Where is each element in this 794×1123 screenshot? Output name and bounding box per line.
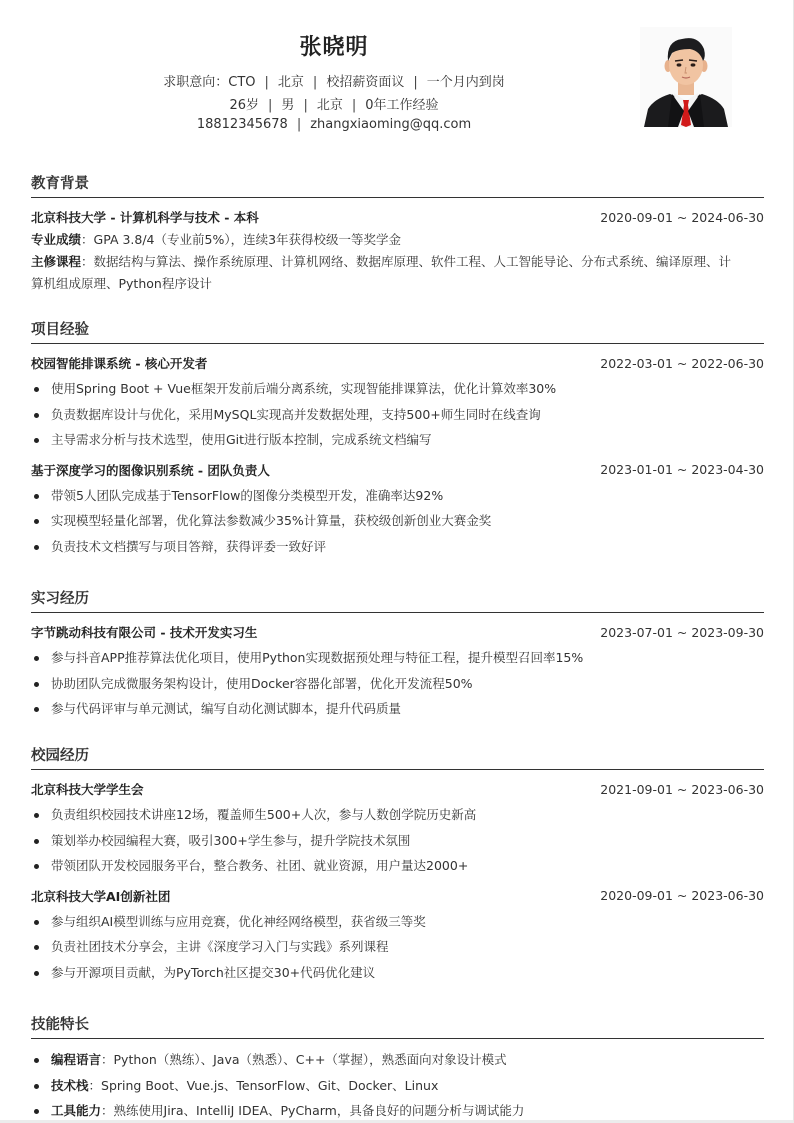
- separator: |: [265, 75, 269, 90]
- list-item: 负责数据库设计与优化，采用MySQL实现高并发数据处理，支持500+师生同时在线…: [31, 402, 764, 428]
- resume-page: 张晓明 求职意向：CTO|北京|校招薪资面议|一个月内到岗 26岁|男|北京|0…: [0, 0, 794, 1123]
- skill-value: ：熟练使用Jira、IntelliJ IDEA、PyCharm，具备良好的问题分…: [101, 1103, 524, 1118]
- bullet-list: 参与抖音APP推荐算法优化项目，使用Python实现数据预处理与特征工程，提升模…: [31, 645, 764, 722]
- bullet-list: 参与组织AI模型训练与应用竞赛，优化神经网络模型，获省级三等奖 负责社团技术分享…: [31, 909, 764, 986]
- list-item: 负责社团技术分享会，主讲《深度学习入门与实践》系列课程: [31, 934, 764, 960]
- resume-header: 张晓明 求职意向：CTO|北京|校招薪资面议|一个月内到岗 26岁|男|北京|0…: [0, 0, 794, 150]
- phone-number: 18812345678: [197, 117, 288, 132]
- list-item: 实现模型轻量化部署，优化算法参数减少35%计算量，获校级创新创业大赛金奖: [31, 508, 764, 534]
- courses-line-continued: 算机组成原理、Python程序设计: [31, 273, 764, 295]
- profile-photo: [640, 27, 732, 127]
- avatar-portrait-icon: [640, 27, 732, 127]
- list-item: 使用Spring Boot + Vue框架开发前后端分离系统，实现智能排课算法，…: [31, 376, 764, 402]
- bullet-list: 使用Spring Boot + Vue框架开发前后端分离系统，实现智能排课算法，…: [31, 376, 764, 453]
- skill-item: 技术栈：Spring Boot、Vue.js、TensorFlow、Git、Do…: [31, 1073, 764, 1099]
- list-item: 负责组织校园技术讲座12场，覆盖师生500+人次，参与人数创学院历史新高: [31, 802, 764, 828]
- intent-position: 求职意向：CTO: [163, 75, 255, 90]
- list-item: 参与组织AI模型训练与应用竞赛，优化神经网络模型，获省级三等奖: [31, 909, 764, 935]
- section-title: 项目经验: [31, 319, 764, 341]
- skill-item: 工具能力：熟练使用Jira、IntelliJ IDEA、PyCharm，具备良好…: [31, 1098, 764, 1123]
- entry-title: 基于深度学习的图像识别系统 - 团队负责人: [31, 461, 270, 479]
- list-item: 带领5人团队完成基于TensorFlow的图像分类模型开发，准确率达92%: [31, 483, 764, 509]
- gender: 男: [281, 98, 294, 113]
- entry-title: 校园智能排课系统 - 核心开发者: [31, 354, 207, 372]
- entry-date: 2023-07-01 ~ 2023-09-30: [600, 625, 764, 640]
- work-experience: 0年工作经验: [365, 98, 438, 113]
- entry-header: 北京科技大学 - 计算机科学与技术 - 本科 2020-09-01 ~ 2024…: [31, 207, 764, 227]
- entry-header: 北京科技大学学生会 2021-09-01 ~ 2023-06-30: [31, 779, 764, 799]
- section-internship: 实习经历 字节跳动科技有限公司 - 技术开发实习生 2023-07-01 ~ 2…: [31, 588, 764, 722]
- section-title: 实习经历: [31, 588, 764, 610]
- courses-line: 主修课程：数据结构与算法、操作系统原理、计算机网络、数据库原理、软件工程、人工智…: [31, 251, 764, 273]
- candidate-name: 张晓明: [0, 30, 668, 61]
- section-title: 教育背景: [31, 173, 764, 195]
- entry-header: 字节跳动科技有限公司 - 技术开发实习生 2023-07-01 ~ 2023-0…: [31, 622, 764, 642]
- courses-label: 主修课程: [31, 254, 81, 269]
- section-title: 技能特长: [31, 1014, 764, 1036]
- skill-value: ：Python（熟练）、Java（熟悉）、C++（掌握），熟悉面向对象设计模式: [101, 1052, 507, 1067]
- entry-title: 北京科技大学AI创新社团: [31, 887, 170, 905]
- skills-list: 编程语言：Python（熟练）、Java（熟悉）、C++（掌握），熟悉面向对象设…: [31, 1047, 764, 1123]
- section-divider: [31, 612, 764, 613]
- skill-item: 编程语言：Python（熟练）、Java（熟悉）、C++（掌握），熟悉面向对象设…: [31, 1047, 764, 1073]
- entry-header: 北京科技大学AI创新社团 2020-09-01 ~ 2023-06-30: [31, 886, 764, 906]
- intent-city: 北京: [278, 75, 304, 90]
- section-divider: [31, 769, 764, 770]
- separator: |: [297, 117, 301, 132]
- entry-title: 北京科技大学学生会: [31, 780, 144, 798]
- intent-salary: 校招薪资面议: [326, 75, 404, 90]
- skill-label: 工具能力: [51, 1103, 101, 1118]
- list-item: 策划举办校园编程大赛，吸引300+学生参与，提升学院技术氛围: [31, 828, 764, 854]
- section-education: 教育背景 北京科技大学 - 计算机科学与技术 - 本科 2020-09-01 ~…: [31, 173, 764, 295]
- intent-availability: 一个月内到岗: [427, 75, 505, 90]
- entry-date: 2021-09-01 ~ 2023-06-30: [600, 782, 764, 797]
- section-divider: [31, 343, 764, 344]
- entry-header: 校园智能排课系统 - 核心开发者 2022-03-01 ~ 2022-06-30: [31, 353, 764, 373]
- section-campus: 校园经历 北京科技大学学生会 2021-09-01 ~ 2023-06-30 负…: [31, 745, 764, 985]
- location: 北京: [317, 98, 343, 113]
- section-projects: 项目经验 校园智能排课系统 - 核心开发者 2022-03-01 ~ 2022-…: [31, 319, 764, 559]
- email-address: zhangxiaoming@qq.com: [310, 117, 471, 132]
- gpa-value: ：GPA 3.8/4（专业前5%），连续3年获得校级一等奖学金: [81, 232, 401, 247]
- gpa-line: 专业成绩：GPA 3.8/4（专业前5%），连续3年获得校级一等奖学金: [31, 229, 764, 251]
- contact-line: 18812345678|zhangxiaoming@qq.com: [0, 117, 668, 132]
- section-divider: [31, 197, 764, 198]
- section-divider: [31, 1038, 764, 1039]
- entry-title: 北京科技大学 - 计算机科学与技术 - 本科: [31, 208, 259, 226]
- entry-date: 2022-03-01 ~ 2022-06-30: [600, 356, 764, 371]
- bullet-list: 带领5人团队完成基于TensorFlow的图像分类模型开发，准确率达92% 实现…: [31, 483, 764, 560]
- age: 26岁: [229, 98, 259, 113]
- list-item: 主导需求分析与技术选型，使用Git进行版本控制，完成系统文档编写: [31, 427, 764, 453]
- job-intent-line: 求职意向：CTO|北京|校招薪资面议|一个月内到岗: [0, 71, 668, 90]
- entry-header: 基于深度学习的图像识别系统 - 团队负责人 2023-01-01 ~ 2023-…: [31, 460, 764, 480]
- skill-label: 编程语言: [51, 1052, 101, 1067]
- list-item: 参与抖音APP推荐算法优化项目，使用Python实现数据预处理与特征工程，提升模…: [31, 645, 764, 671]
- separator: |: [413, 75, 417, 90]
- separator: |: [313, 75, 317, 90]
- list-item: 协助团队完成微服务架构设计，使用Docker容器化部署，优化开发流程50%: [31, 671, 764, 697]
- bullet-list: 负责组织校园技术讲座12场，覆盖师生500+人次，参与人数创学院历史新高 策划举…: [31, 802, 764, 879]
- entry-date: 2020-09-01 ~ 2024-06-30: [600, 210, 764, 225]
- entry-title: 字节跳动科技有限公司 - 技术开发实习生: [31, 623, 257, 641]
- section-title: 校园经历: [31, 745, 764, 767]
- gpa-label: 专业成绩: [31, 232, 81, 247]
- list-item: 参与开源项目贡献，为PyTorch社区提交30+代码优化建议: [31, 960, 764, 986]
- section-skills: 技能特长 编程语言：Python（熟练）、Java（熟悉）、C++（掌握），熟悉…: [31, 1014, 764, 1123]
- separator: |: [303, 98, 307, 113]
- courses-value: ：数据结构与算法、操作系统原理、计算机网络、数据库原理、软件工程、人工智能导论、…: [81, 254, 731, 269]
- entry-date: 2020-09-01 ~ 2023-06-30: [600, 888, 764, 903]
- list-item: 带领团队开发校园服务平台，整合教务、社团、就业资源，用户量达2000+: [31, 853, 764, 879]
- skill-value: ：Spring Boot、Vue.js、TensorFlow、Git、Docke…: [89, 1078, 439, 1093]
- separator: |: [352, 98, 356, 113]
- skill-label: 技术栈: [51, 1078, 89, 1093]
- list-item: 参与代码评审与单元测试，编写自动化测试脚本，提升代码质量: [31, 696, 764, 722]
- entry-date: 2023-01-01 ~ 2023-04-30: [600, 462, 764, 477]
- list-item: 负责技术文档撰写与项目答辩，获得评委一致好评: [31, 534, 764, 560]
- separator: |: [268, 98, 272, 113]
- basic-info-line: 26岁|男|北京|0年工作经验: [0, 94, 668, 113]
